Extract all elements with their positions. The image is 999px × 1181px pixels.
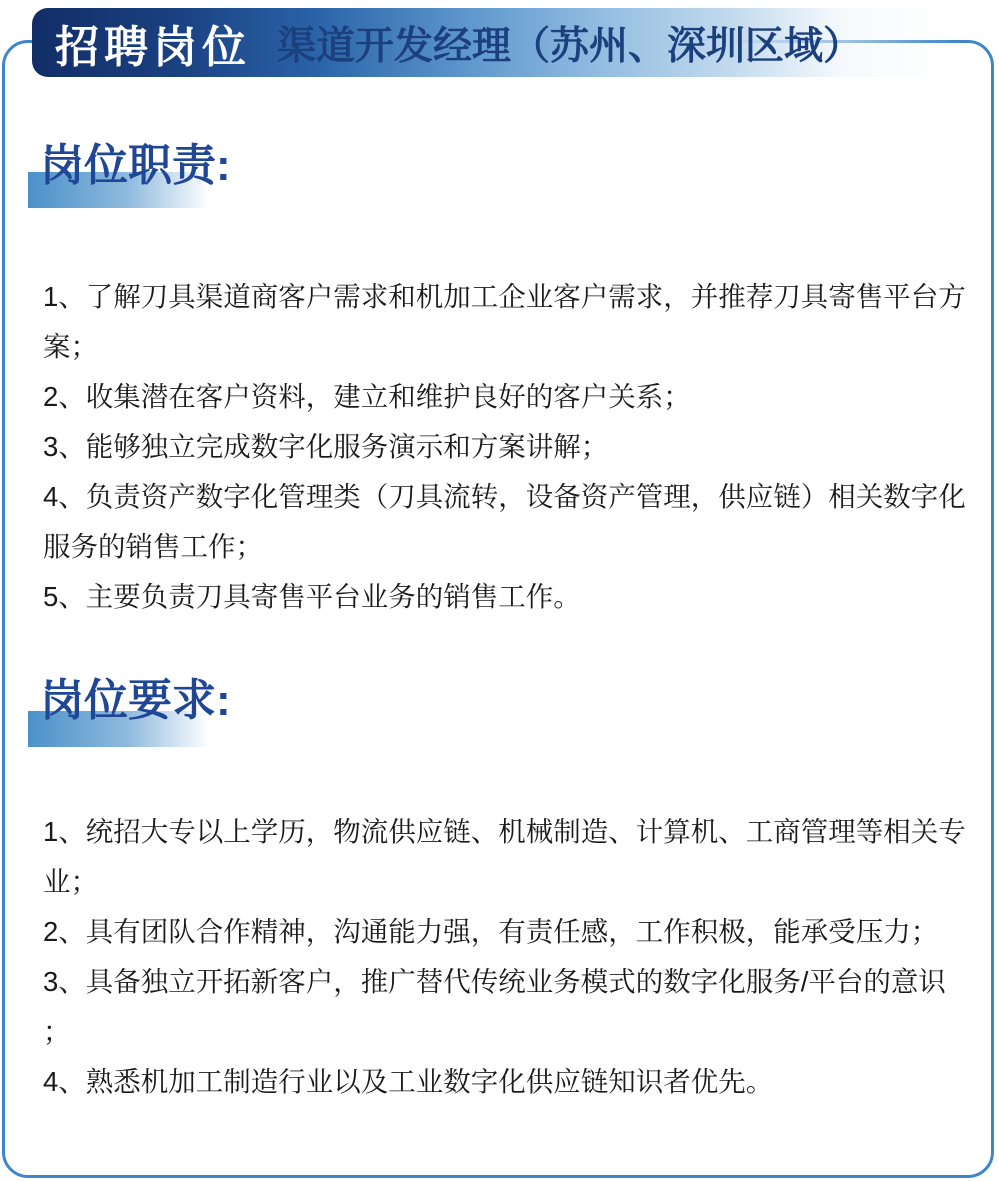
job-requirement-item: 1、统招大专以上学历，物流供应链、机械制造、计算机、工商管理等相关专 业；: [43, 807, 977, 907]
header-bar: 招聘岗位 渠道开发经理（苏州、深圳区域）: [32, 8, 977, 77]
job-requirement-item: 2、具有团队合作精神，沟通能力强，有责任感，工作积极，能承受压力；: [43, 907, 977, 957]
page-title: 渠道开发经理（苏州、深圳区域）: [277, 15, 862, 71]
job-responsibility-item: 2、收集潜在客户资料，建立和维护良好的客户关系；: [43, 372, 977, 422]
job-responsibility-item: 3、能够独立完成数字化服务演示和方案讲解；: [43, 422, 977, 472]
job-posting-page: 招聘岗位 渠道开发经理（苏州、深圳区域） 岗位职责: 1、了解刀具渠道商客户需求…: [0, 0, 999, 1181]
job-responsibility-item: 4、负责资产数字化管理类（刀具流转，设备资产管理，供应链）相关数字化 服务的销售…: [43, 472, 977, 572]
job-requirement-item: 4、熟悉机加工制造行业以及工业数字化供应链知识者优先。: [43, 1057, 977, 1107]
responsibilities-list: 1、了解刀具渠道商客户需求和机加工企业客户需求，并推荐刀具寄售平台方 案； 2、…: [43, 272, 977, 622]
job-responsibility-item: 5、主要负责刀具寄售平台业务的销售工作。: [43, 572, 977, 622]
section-heading-requirements: 岗位要求:: [40, 675, 231, 727]
requirements-list: 1、统招大专以上学历，物流供应链、机械制造、计算机、工商管理等相关专 业； 2、…: [43, 807, 977, 1107]
job-requirement-item: 3、具备独立开拓新客户，推广替代传统业务模式的数字化服务/平台的意识 ；: [43, 957, 977, 1057]
section-heading-responsibilities: 岗位职责:: [40, 140, 231, 192]
job-responsibility-item: 1、了解刀具渠道商客户需求和机加工企业客户需求，并推荐刀具寄售平台方 案；: [43, 272, 977, 372]
recruitment-badge: 招聘岗位: [55, 11, 251, 75]
